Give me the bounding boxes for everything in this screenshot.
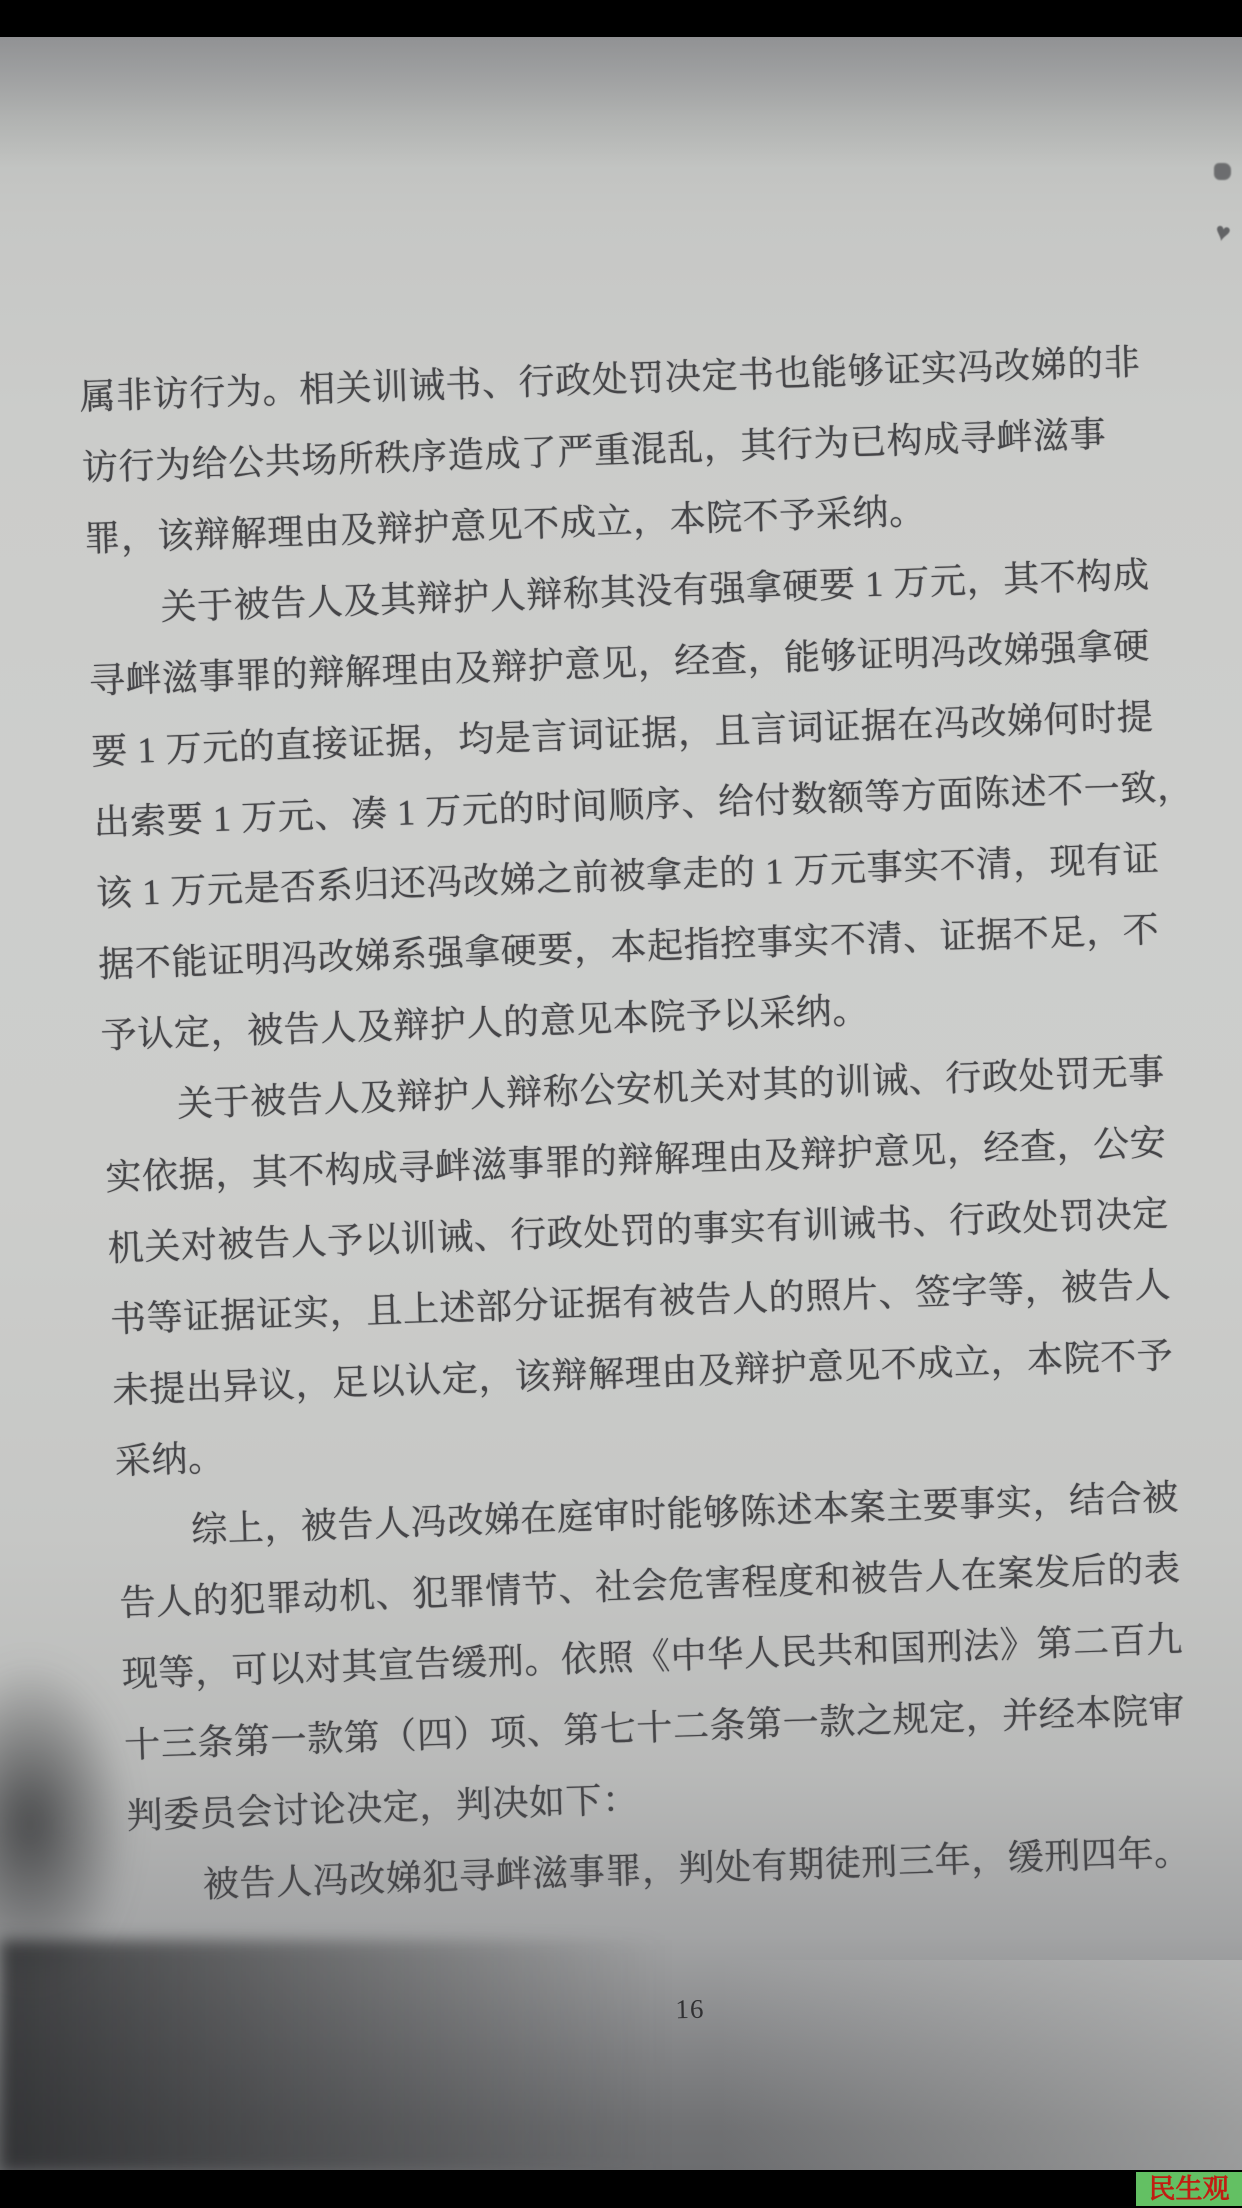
- judgment-body-text: 属非访行为。相关训诫书、行政处罚决定书也能够证实冯改娣的非 访行为给公共场所秩序…: [78, 327, 1204, 1924]
- photo-letterbox-top: [0, 0, 1242, 37]
- paper-top-shadow: [0, 37, 1242, 167]
- page-number: 16: [660, 1993, 721, 2025]
- ink-dot-mark: [1214, 163, 1231, 180]
- minsheng-guancha-watermark: 民生观察: [1136, 2172, 1242, 2206]
- photo-letterbox-bottom: [0, 2170, 1242, 2208]
- bottom-left-shadow: [0, 1940, 760, 2172]
- photo-of-court-judgment-page: ♥ 属非访行为。相关训诫书、行政处罚决定书也能够证实冯改娣的非 访行为给公共场所…: [0, 0, 1242, 2208]
- bottom-right-highlight: [720, 1960, 1242, 2170]
